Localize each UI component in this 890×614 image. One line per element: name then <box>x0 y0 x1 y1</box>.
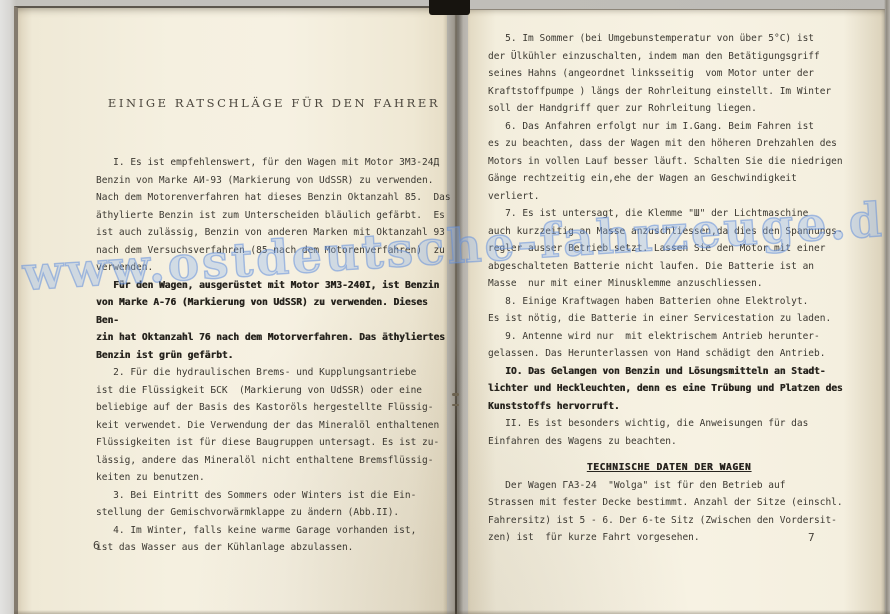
binding-stitch <box>452 393 459 396</box>
paragraph: 9. Antenne wird nur mit elektrischem Ant… <box>488 328 850 363</box>
paragraph: 2. Für die hydraulischen Brems- und Kupp… <box>96 364 452 487</box>
right-page-text: 5. Im Sommer (bei Umgebunstemperatur von… <box>488 30 850 547</box>
paragraph: 8. Einige Kraftwagen haben Batterien ohn… <box>488 293 850 328</box>
page-number-left: 6 <box>93 539 100 552</box>
paragraph: 6. Das Anfahren erfolgt nur im I.Gang. B… <box>488 118 850 206</box>
paragraph: 3. Bei Eintritt des Sommers oder Winters… <box>96 487 452 522</box>
scan-edge-right <box>884 0 890 614</box>
left-paragraphs: I. Es ist empfehlenswert, für den Wagen … <box>96 154 452 557</box>
paragraph: 5. Im Sommer (bei Umgebunstemperatur von… <box>488 30 850 118</box>
section-heading: TECHNISCHE DATEN DER WAGEN <box>488 459 850 477</box>
paragraph: IO. Das Gelangen von Benzin und Lösungsm… <box>488 363 850 416</box>
paragraph: 4. Im Winter, falls keine warme Garage v… <box>96 522 452 557</box>
spine-shadow-top <box>429 0 470 15</box>
paragraph: 7. Es ist untersagt, die Klemme "Ш" der … <box>488 205 850 293</box>
paragraph: I. Es ist empfehlenswert, für den Wagen … <box>96 154 452 277</box>
page-number-right: 7 <box>808 531 815 544</box>
paragraph: II. Es ist besonders wichtig, die Anweis… <box>488 415 850 450</box>
right-paragraphs: 5. Im Sommer (bei Umgebunstemperatur von… <box>488 30 850 547</box>
scan-edge-bottom <box>14 610 890 614</box>
binding-stitch <box>452 404 459 406</box>
book-scan: EINIGE RATSCHLÄGE FÜR DEN FAHRER I. Es i… <box>0 0 890 614</box>
left-page-text: EINIGE RATSCHLÄGE FÜR DEN FAHRER I. Es i… <box>96 96 452 557</box>
spine-crease <box>455 10 457 614</box>
page-title: EINIGE RATSCHLÄGE FÜR DEN FAHRER <box>96 96 452 110</box>
paragraph: Der Wagen ГАЗ-24 "Wolga" ist für den Bet… <box>488 477 850 547</box>
paragraph: Für den Wagen, ausgerüstet mit Motor ЗМЗ… <box>96 277 452 365</box>
